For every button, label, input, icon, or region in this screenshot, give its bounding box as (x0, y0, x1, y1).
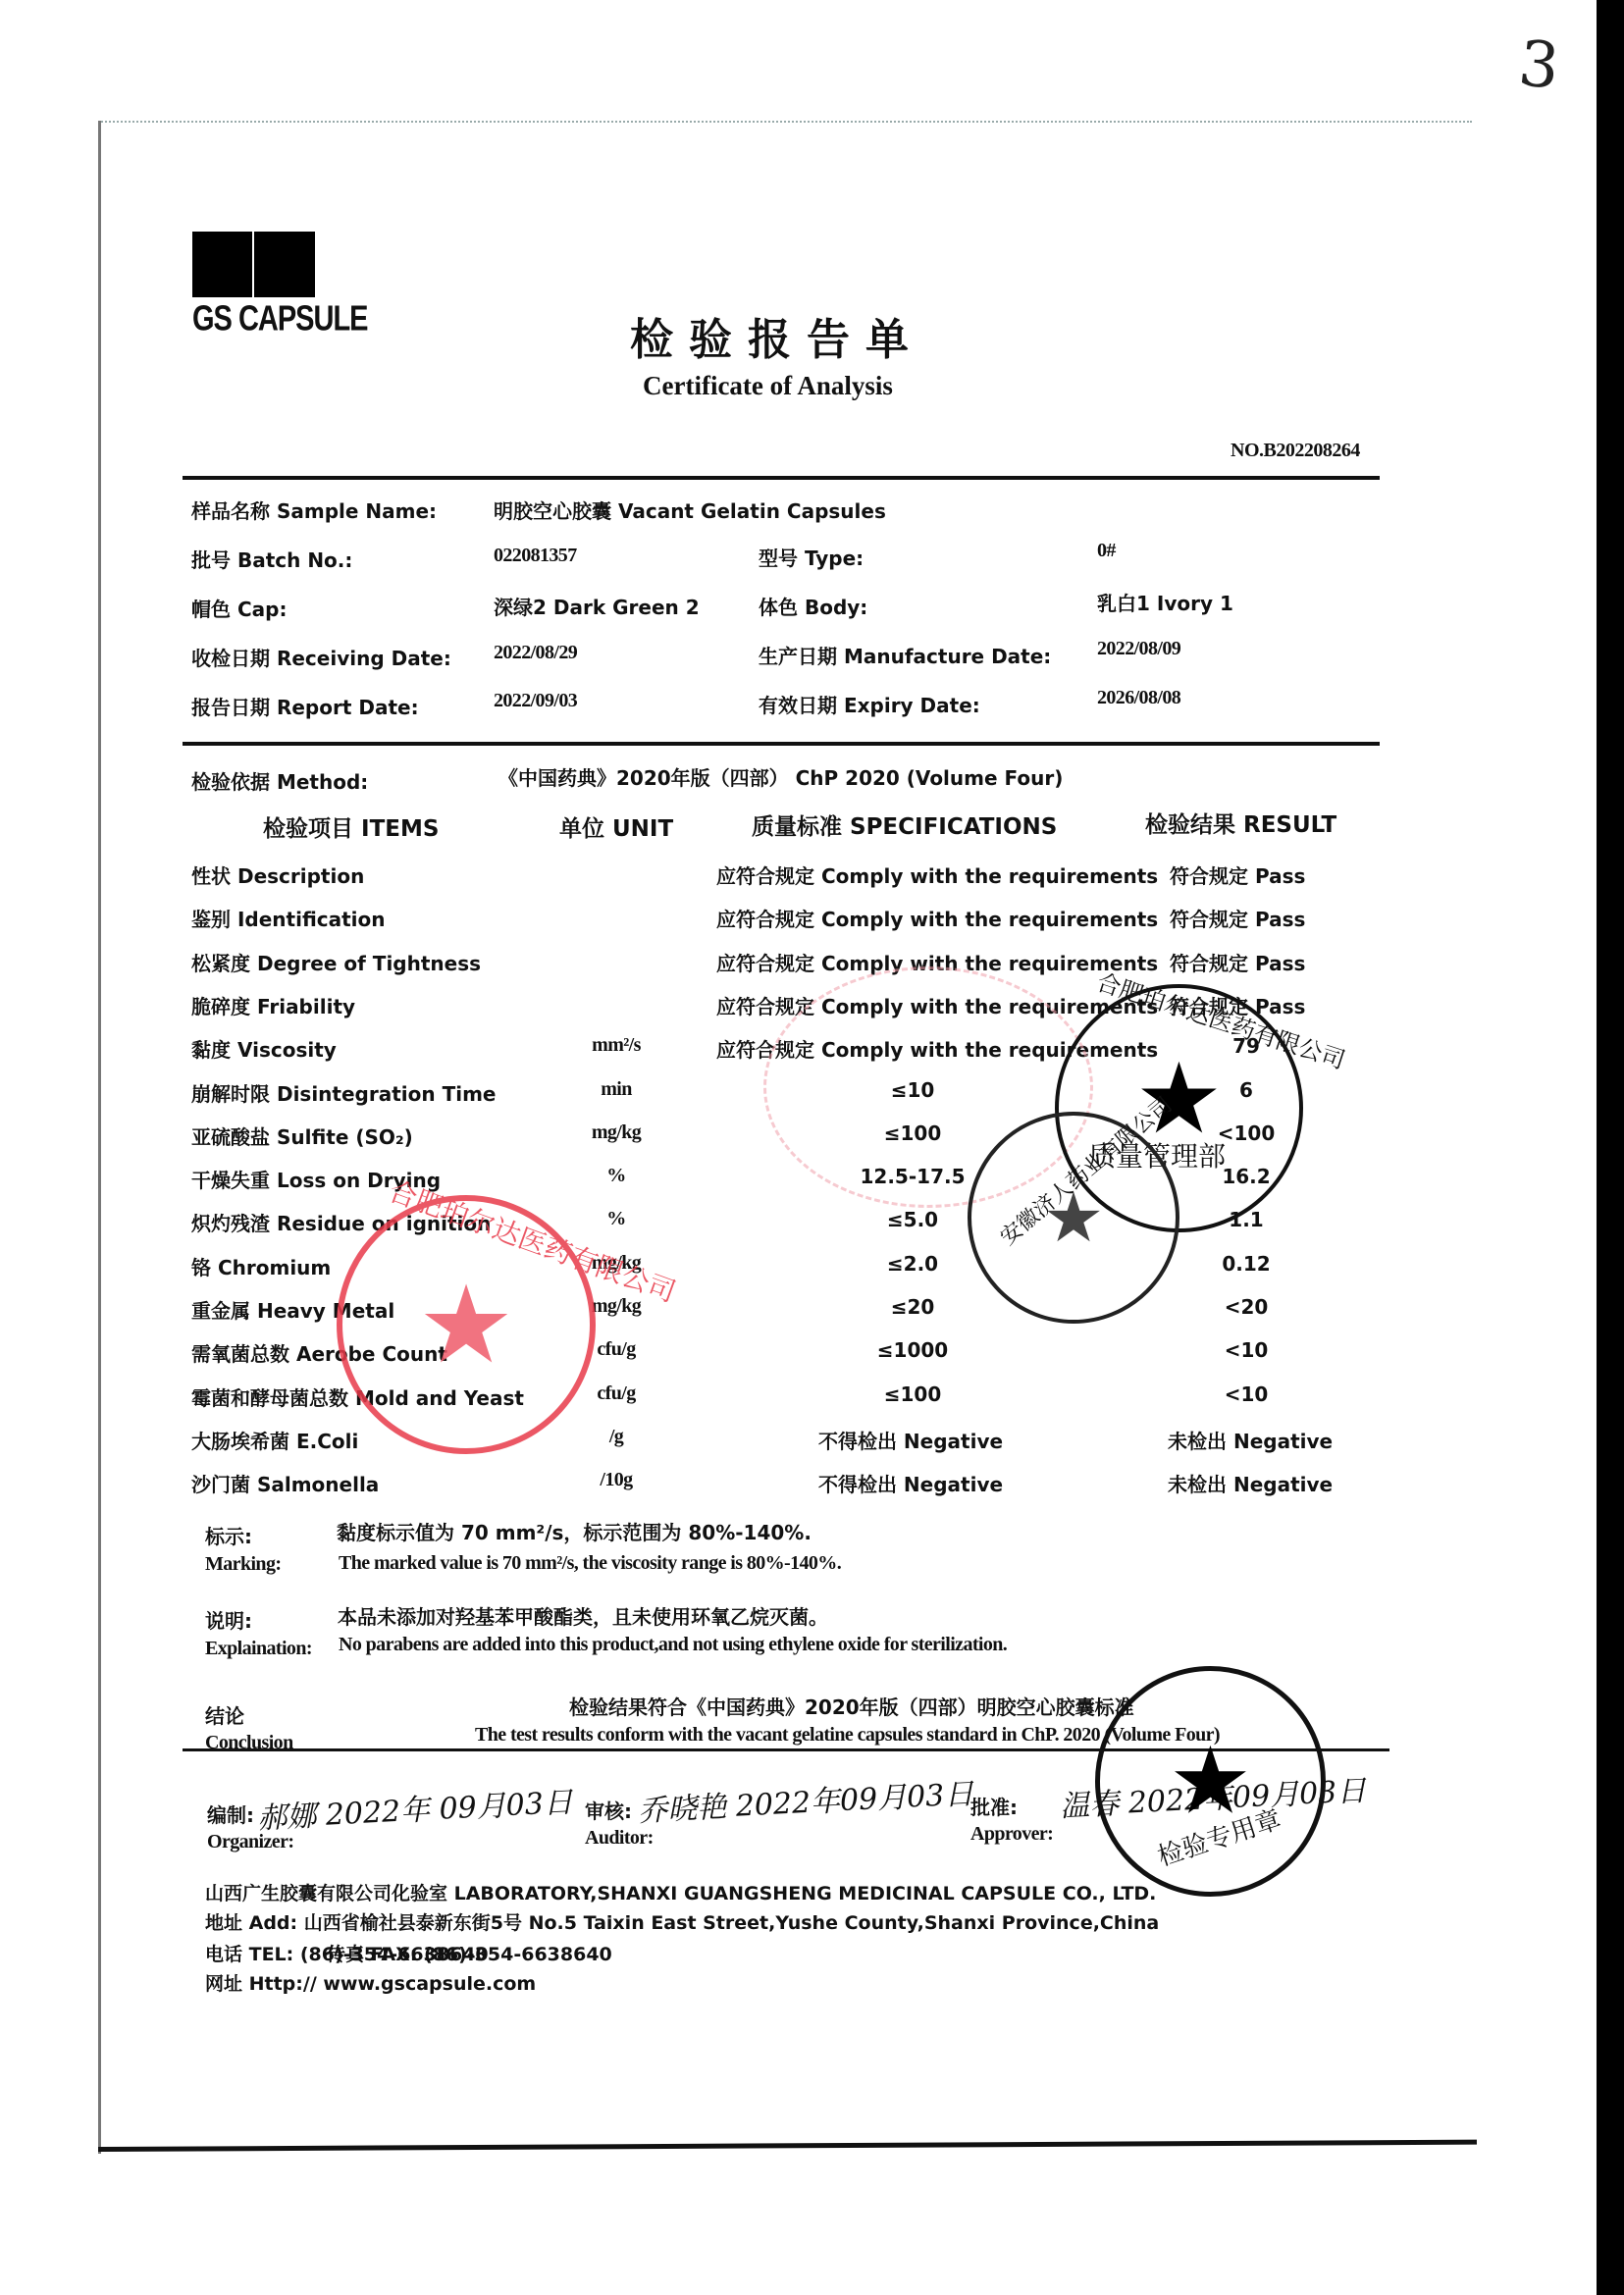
marking-text-cn: 黏度标示值为 70 mm²/s，标示范围为 80%-140%. (337, 1517, 812, 1545)
manufacture-date-value: 2022/08/09 (1097, 638, 1180, 660)
page-frame-left (98, 121, 101, 2154)
batch-label: 批号 Batch No.: (191, 545, 352, 573)
cell-item: 霉菌和酵母菌总数 Mold and Yeast (191, 1382, 524, 1411)
cell-result: 未检出 Negative (1168, 1426, 1333, 1454)
receiving-date-value: 2022/08/29 (494, 642, 577, 664)
marking-label-cn: 标示: (205, 1521, 252, 1549)
cell-result: 0.12 (1222, 1252, 1270, 1276)
marking-text-en: The marked value is 70 mm²/s, the viscos… (339, 1552, 841, 1575)
method-label: 检验依据 Method: (191, 766, 368, 795)
cell-result: <10 (1225, 1338, 1269, 1362)
col-header-unit: 单位 UNIT (559, 810, 673, 843)
explanation-label-cn: 说明: (205, 1605, 252, 1634)
cell-result: 符合规定 Pass (1170, 948, 1305, 976)
col-header-items: 检验项目 ITEMS (263, 810, 439, 843)
logo-blocks (192, 232, 368, 297)
expiry-date-label: 有效日期 Expiry Date: (759, 690, 980, 718)
quality-dept-stamp-1: ★ 合肥珀尔达医药有限公司 质量管理部 (1055, 984, 1303, 1232)
stamp1-center-text: 质量管理部 (1088, 1135, 1226, 1174)
cell-item: 干燥失重 Loss on Drying (191, 1165, 441, 1193)
approver-label-en: Approver: (970, 1823, 1053, 1846)
report-date-label: 报告日期 Report Date: (191, 692, 419, 720)
conclusion-label-cn: 结论 (205, 1700, 244, 1729)
auditor-signature: 乔晓艳 2022年09月03日 (637, 1769, 974, 1830)
cell-item: 亚硫酸盐 Sulfite (SO₂) (191, 1121, 413, 1150)
cap-label: 帽色 Cap: (191, 594, 287, 622)
footer-fax: 传真 FAX: (86)-354-6638640 (327, 1940, 612, 1966)
divider-bottom (183, 1748, 1389, 1751)
page-frame-top (98, 121, 1472, 123)
cell-item: 黏度 Viscosity (191, 1034, 337, 1063)
explanation-text-cn: 本品未添加对羟基苯甲酸酯类，且未使用环氧乙烷灭菌。 (338, 1601, 828, 1630)
quality-dept-stamp-2: ★ 安徽济人药业有限公司 (968, 1112, 1179, 1324)
cell-spec: ≤100 (884, 1382, 942, 1406)
cap-value: 深绿2 Dark Green 2 (494, 592, 700, 620)
cell-spec: 不得检出 Negative (818, 1469, 1003, 1497)
cell-result: 1.1 (1229, 1208, 1263, 1231)
cell-result: <20 (1225, 1295, 1269, 1319)
cell-spec: ≤1000 (877, 1338, 948, 1362)
body-label: 体色 Body: (759, 592, 867, 620)
marking-label-en: Marking: (205, 1553, 281, 1576)
logo-block-right (254, 232, 315, 297)
cell-spec: ≤100 (884, 1121, 942, 1145)
cell-spec: 应符合规定 Comply with the requirements (716, 948, 1158, 976)
sample-name-label: 样品名称 Sample Name: (191, 496, 437, 524)
receiving-date-label: 收检日期 Receiving Date: (191, 643, 451, 671)
type-value: 0# (1097, 540, 1116, 562)
organizer-signature: 郝娜 2022年 09月03日 (256, 1778, 574, 1838)
cell-spec: 不得检出 Negative (818, 1426, 1003, 1454)
cell-spec: 12.5-17.5 (861, 1165, 966, 1188)
cell-item: 脆碎度 Friability (191, 991, 355, 1019)
footer-website: 网址 Http:// www.gscapsule.com (205, 1969, 536, 1996)
cell-spec: 应符合规定 Comply with the requirements (716, 991, 1158, 1019)
cell-item: 松紧度 Degree of Tightness (191, 948, 481, 976)
cell-result: <100 (1218, 1121, 1276, 1145)
approver-signature: 温春 2022年09月03日 (1059, 1766, 1367, 1825)
batch-value: 022081357 (494, 545, 577, 567)
sample-name-value: 明胶空心胶囊 Vacant Gelatin Capsules (494, 496, 886, 524)
cell-result: 符合规定 Pass (1170, 904, 1305, 932)
star-icon: ★ (1135, 1050, 1224, 1148)
cell-result: 79 (1232, 1034, 1260, 1058)
cell-item: 铬 Chromium (191, 1252, 331, 1280)
type-label: 型号 Type: (759, 543, 864, 571)
divider-top (183, 476, 1380, 480)
cell-unit: min (601, 1078, 632, 1101)
explanation-label-en: Explaination: (205, 1638, 312, 1660)
cell-spec: 应符合规定 Comply with the requirements (716, 1034, 1158, 1063)
cell-item: 重金属 Heavy Metal (191, 1295, 394, 1324)
divider-middle (183, 742, 1380, 746)
col-header-spec: 质量标准 SPECIFICATIONS (752, 808, 1057, 841)
conclusion-text-en: The test results conform with the vacant… (475, 1724, 1220, 1747)
cell-spec: ≤10 (891, 1078, 935, 1102)
logo-block-left (192, 232, 252, 297)
expiry-date-value: 2026/08/08 (1097, 687, 1180, 709)
cell-result: 6 (1239, 1078, 1253, 1102)
cell-item: 崩解时限 Disintegration Time (191, 1078, 496, 1107)
cell-unit: mg/kg (592, 1295, 641, 1318)
cell-result: <10 (1225, 1382, 1269, 1406)
col-header-result: 检验结果 RESULT (1145, 807, 1336, 839)
cell-result: 未检出 Negative (1168, 1469, 1333, 1497)
cell-item: 大肠埃希菌 E.Coli (191, 1426, 358, 1454)
cell-item: 性状 Description (191, 861, 364, 889)
explanation-text-en: No parabens are added into this product,… (339, 1634, 1007, 1656)
organizer-label-cn: 编制: (207, 1799, 254, 1828)
document-number: NO.B202208264 (1231, 440, 1360, 462)
logo-text: GS CAPSULE (192, 299, 368, 339)
cell-result: 符合规定 Pass (1170, 861, 1305, 889)
manufacture-date-label: 生产日期 Manufacture Date: (759, 641, 1051, 669)
cell-unit: cfu/g (597, 1338, 635, 1361)
cell-unit: /10g (600, 1469, 632, 1491)
cell-spec: ≤2.0 (887, 1252, 938, 1276)
cell-unit: mg/kg (592, 1252, 641, 1275)
cell-unit: cfu/g (597, 1382, 635, 1405)
company-logo: GS CAPSULE (192, 232, 368, 332)
cell-item: 鉴别 Identification (191, 904, 386, 932)
cell-unit: /g (609, 1426, 623, 1448)
scan-edge-band (1597, 0, 1624, 2295)
method-value: 《中国药典》2020年版（四部） ChP 2020 (Volume Four) (498, 762, 1063, 791)
cell-unit: % (606, 1165, 625, 1187)
handwritten-page-number: 3 (1515, 27, 1562, 104)
cell-spec: 应符合规定 Comply with the requirements (716, 861, 1158, 889)
title-english: Certificate of Analysis (643, 371, 893, 401)
stamp2-ring-text: 安徽济人药业有限公司 (993, 1089, 1178, 1251)
title-chinese: 检验报告单 (630, 304, 924, 367)
approver-label-cn: 批准: (970, 1792, 1018, 1820)
conclusion-text-cn: 检验结果符合《中国药典》2020年版（四部）明胶空心胶囊标准 (569, 1692, 1134, 1720)
auditor-label-cn: 审核: (585, 1796, 632, 1824)
auditor-label-en: Auditor: (585, 1827, 654, 1850)
report-date-value: 2022/09/03 (494, 690, 577, 712)
cell-unit: % (606, 1208, 625, 1230)
cell-result: 16.2 (1222, 1165, 1270, 1188)
body-value: 乳白1 Ivory 1 (1097, 588, 1233, 616)
cell-unit: mm²/s (592, 1034, 641, 1057)
cell-spec: 应符合规定 Comply with the requirements (716, 904, 1158, 932)
cell-item: 沙门菌 Salmonella (191, 1469, 379, 1497)
cell-item: 需氧菌总数 Aerobe Count (191, 1338, 447, 1367)
cell-result: 符合规定 Pass (1170, 991, 1305, 1019)
footer-company: 山西广生胶囊有限公司化验室 LABORATORY,SHANXI GUANGSHE… (205, 1879, 1156, 1905)
page-frame-bottom (98, 2140, 1477, 2152)
cell-spec: ≤20 (891, 1295, 935, 1319)
footer-address: 地址 Add: 山西省榆社县泰新东街5号 No.5 Taixin East St… (205, 1908, 1159, 1935)
cell-unit: mg/kg (592, 1121, 641, 1144)
cell-item: 炽灼残渣 Residue on ignition (191, 1208, 491, 1236)
star-icon: ★ (1043, 1183, 1105, 1252)
cell-spec: ≤5.0 (887, 1208, 938, 1231)
